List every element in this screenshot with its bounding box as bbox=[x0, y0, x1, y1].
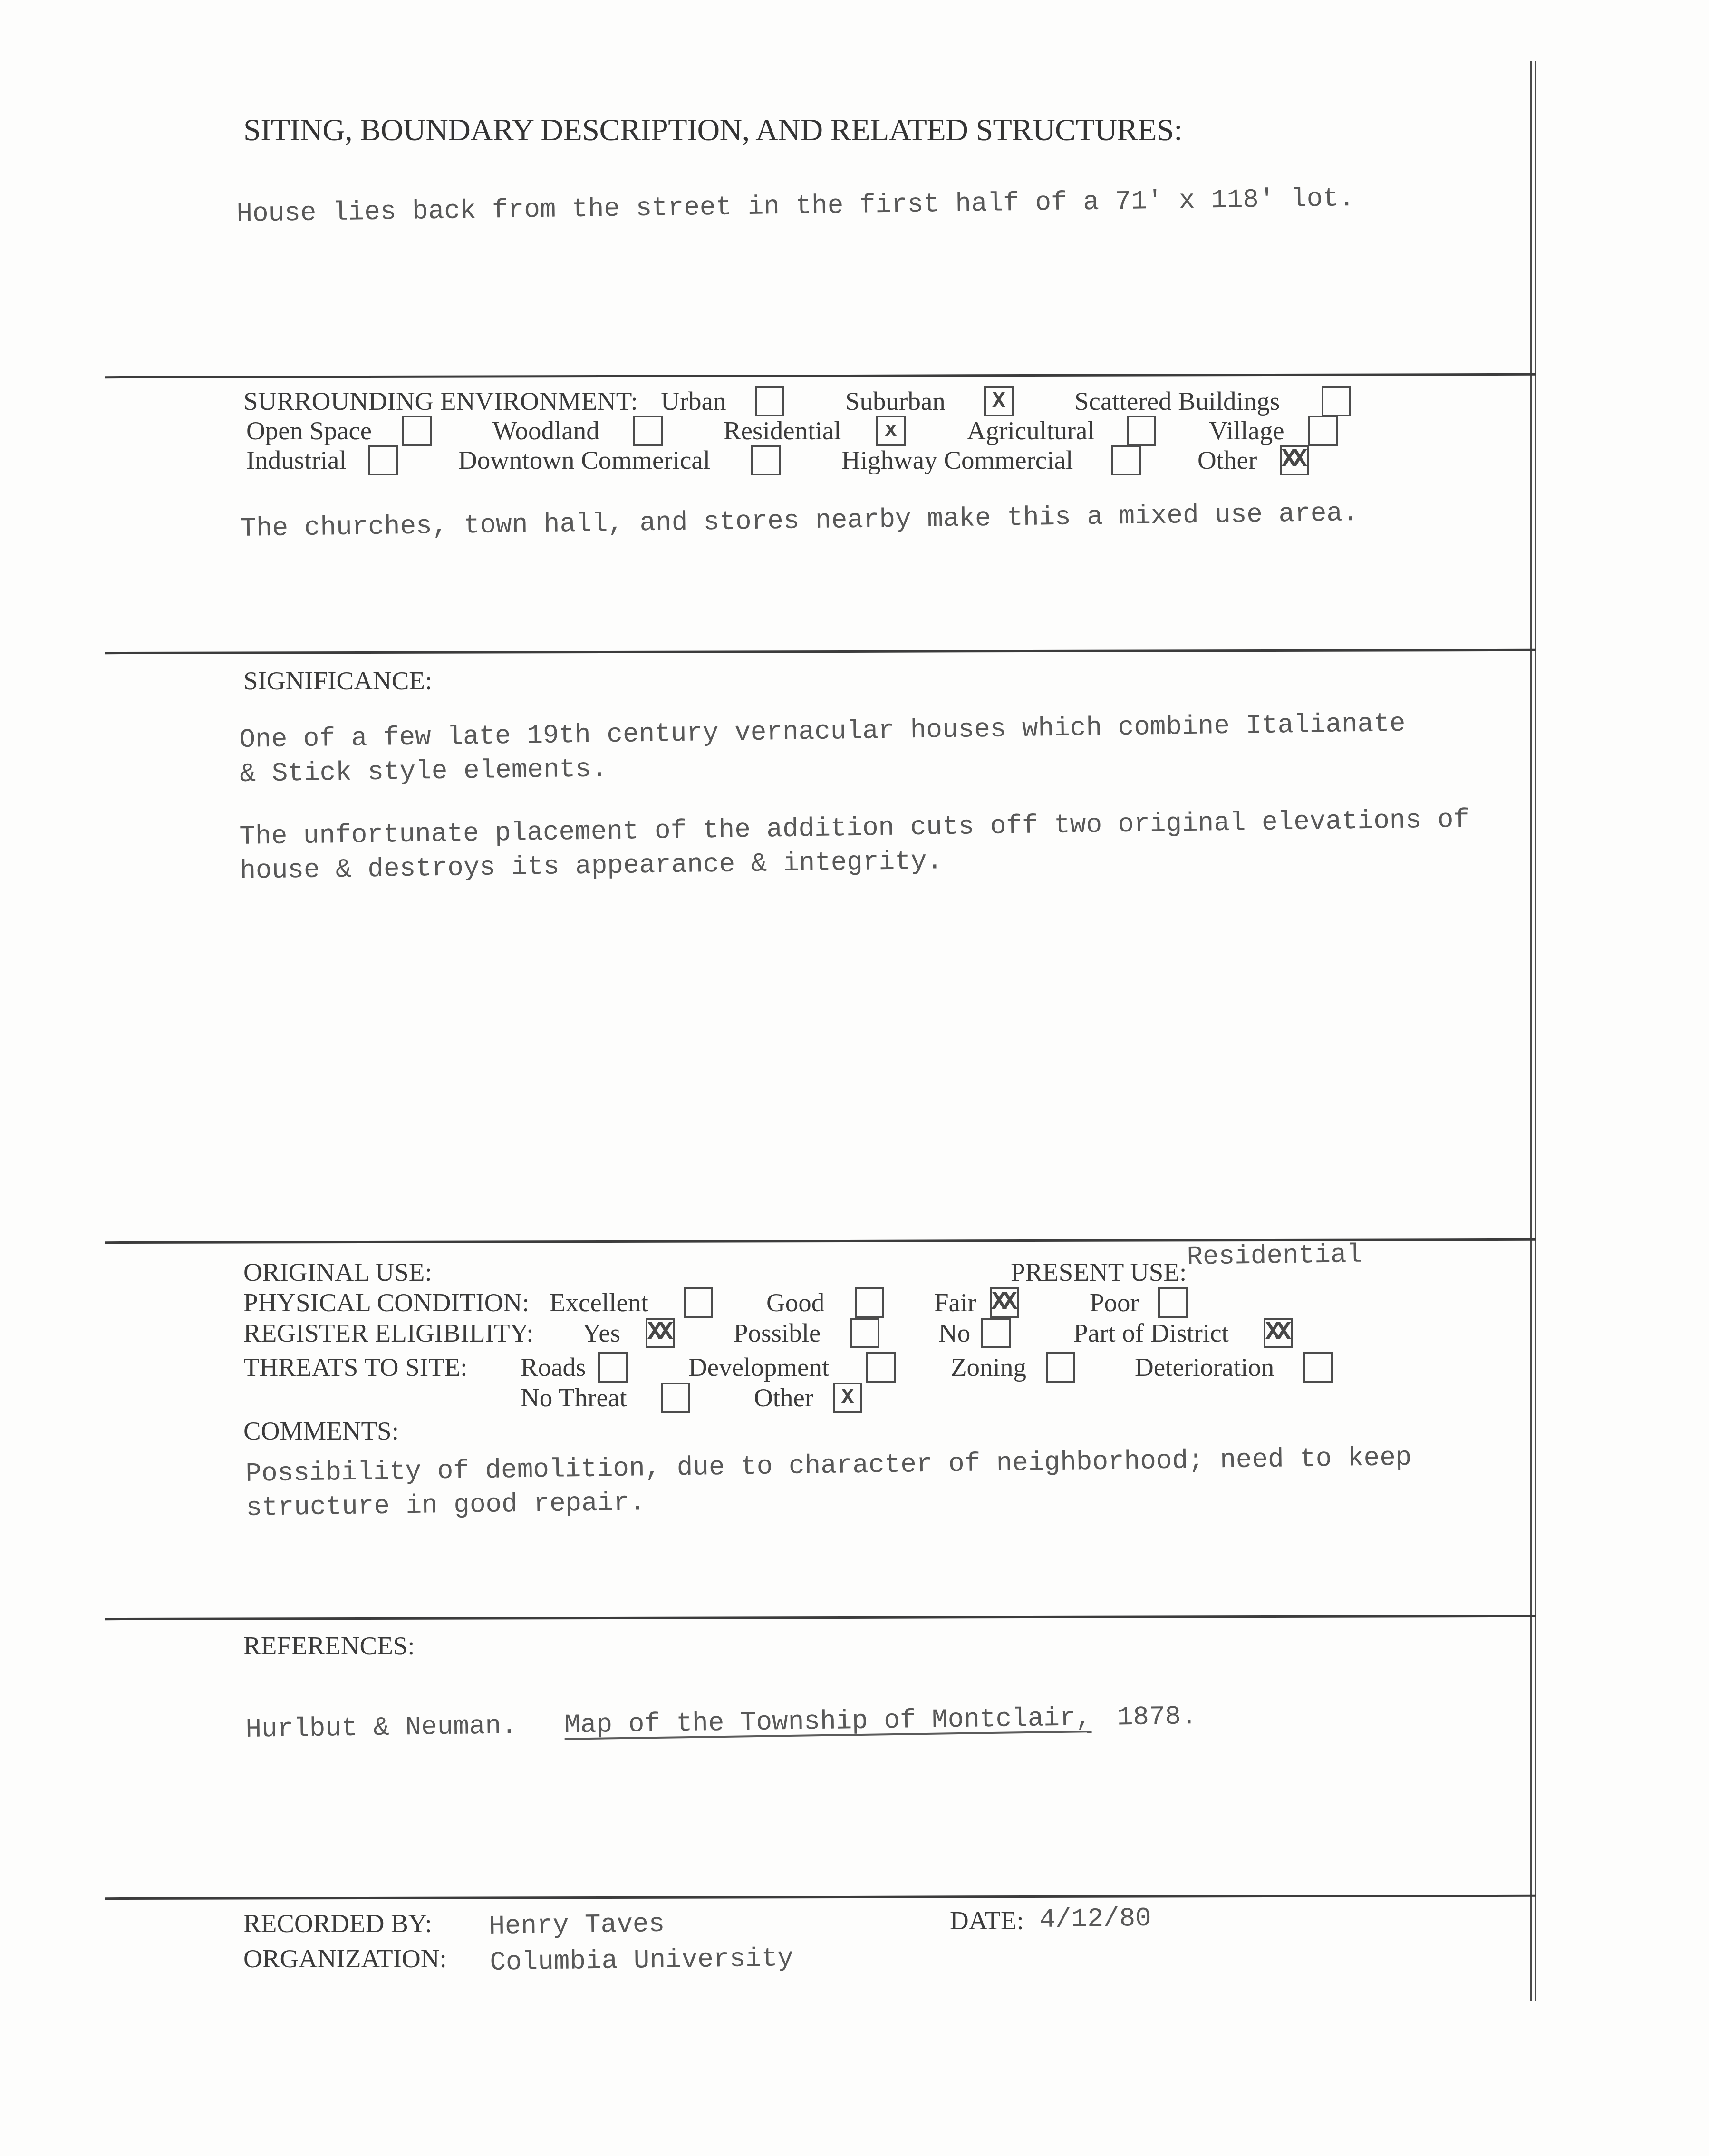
checkbox-label-deterioration: Deterioration bbox=[1135, 1352, 1274, 1382]
siting-section-heading: SITING, BOUNDARY DESCRIPTION, AND RELATE… bbox=[243, 112, 1182, 148]
checkbox-open-space bbox=[402, 416, 432, 446]
checkbox-label-residential: Residential bbox=[724, 416, 841, 445]
checkbox-label-industrial: Industrial bbox=[246, 445, 347, 475]
organization-value: Columbia University bbox=[490, 1943, 793, 1978]
checkbox-possible bbox=[850, 1318, 879, 1348]
checkbox-mark: XX bbox=[1265, 1320, 1287, 1346]
checkbox-industrial bbox=[368, 445, 398, 475]
physical-condition-label: PHYSICAL CONDITION: bbox=[243, 1287, 529, 1317]
section-divider bbox=[105, 373, 1536, 378]
checkbox-agricultural bbox=[1127, 416, 1156, 446]
checkbox-label-development: Development bbox=[688, 1352, 829, 1382]
checkbox-label-open-space: Open Space bbox=[246, 416, 372, 445]
checkbox-part-of-district: XX bbox=[1264, 1318, 1293, 1348]
checkbox-no-threat bbox=[661, 1383, 690, 1413]
recorded-by-value: Henry Taves bbox=[489, 1909, 665, 1942]
threats-label: THREATS TO SITE: bbox=[243, 1352, 468, 1382]
environment-row-3: Industrial Downtown Commerical Highway C… bbox=[0, 445, 1709, 476]
reference-title: Map of the Township of Montclair, bbox=[564, 1702, 1092, 1740]
checkbox-label-other-threat: Other bbox=[754, 1383, 813, 1412]
recorded-by-label: RECORDED BY: bbox=[243, 1908, 432, 1938]
checkbox-label-scattered-buildings: Scattered Buildings bbox=[1074, 386, 1280, 416]
checkbox-residential: x bbox=[876, 416, 906, 446]
checkbox-label-village: Village bbox=[1209, 416, 1284, 445]
environment-note: The churches, town hall, and stores near… bbox=[240, 498, 1359, 544]
page-edge-double-rule bbox=[1530, 61, 1536, 2001]
checkbox-other-environment: XX bbox=[1280, 445, 1309, 475]
checkbox-no bbox=[981, 1318, 1011, 1348]
environment-label: SURROUNDING ENVIRONMENT: bbox=[243, 386, 638, 416]
checkbox-mark: XX bbox=[992, 1290, 1013, 1315]
comments-label: COMMENTS: bbox=[243, 1416, 399, 1446]
checkbox-mark: x bbox=[885, 420, 897, 441]
significance-label: SIGNIFICANCE: bbox=[243, 666, 432, 696]
checkbox-mark: X bbox=[992, 390, 1005, 412]
checkbox-label-roads: Roads bbox=[521, 1352, 586, 1382]
checkbox-label-urban: Urban bbox=[661, 386, 726, 416]
checkbox-label-agricultural: Agricultural bbox=[967, 416, 1095, 445]
date-label: DATE: bbox=[950, 1905, 1024, 1935]
checkbox-label-fair: Fair bbox=[934, 1287, 976, 1317]
reference-entry: Hurlbut & Neuman. Map of the Township of… bbox=[245, 1701, 1197, 1745]
threats-row-1: THREATS TO SITE: Roads Development Zonin… bbox=[0, 1352, 1709, 1383]
checkbox-highway-commercial bbox=[1111, 445, 1141, 475]
checkbox-suburban: X bbox=[984, 386, 1014, 416]
environment-row-1: SURROUNDING ENVIRONMENT: Urban Suburban … bbox=[0, 386, 1709, 417]
use-row: ORIGINAL USE: PRESENT USE: bbox=[0, 1257, 1709, 1288]
significance-paragraph-2: The unfortunate placement of the additio… bbox=[239, 802, 1470, 888]
checkbox-label-highway-commercial: Highway Commercial bbox=[841, 445, 1073, 475]
present-use-label: PRESENT USE: bbox=[1011, 1257, 1187, 1287]
checkbox-other-threat: X bbox=[833, 1383, 862, 1413]
checkbox-mark: XX bbox=[1282, 447, 1303, 473]
checkbox-label-suburban: Suburban bbox=[845, 386, 946, 416]
siting-entry-text: House lies back from the street in the f… bbox=[236, 183, 1355, 229]
register-eligibility-label: REGISTER ELIGIBILITY: bbox=[243, 1318, 534, 1348]
checkbox-label-possible: Possible bbox=[734, 1318, 821, 1348]
checkbox-label-no: No bbox=[938, 1318, 970, 1348]
threats-row-2: No Threat Other X bbox=[0, 1383, 1709, 1414]
register-eligibility-row: REGISTER ELIGIBILITY: Yes XX Possible No… bbox=[0, 1318, 1709, 1349]
reference-author: Hurlbut & Neuman. bbox=[245, 1711, 517, 1745]
checkbox-yes: XX bbox=[646, 1318, 675, 1348]
original-use-label: ORIGINAL USE: bbox=[243, 1257, 432, 1287]
significance-paragraph-1: One of a few late 19th century vernacula… bbox=[239, 706, 1406, 791]
section-divider bbox=[105, 1615, 1536, 1620]
checkbox-deterioration bbox=[1303, 1352, 1333, 1383]
checkbox-urban bbox=[755, 386, 784, 416]
checkbox-mark: X bbox=[841, 1387, 854, 1409]
checkbox-mark: XX bbox=[647, 1320, 669, 1346]
checkbox-roads bbox=[598, 1352, 628, 1383]
checkbox-label-other-environment: Other bbox=[1197, 445, 1257, 475]
checkbox-label-good: Good bbox=[766, 1287, 824, 1317]
checkbox-scattered-buildings bbox=[1322, 386, 1351, 416]
checkbox-label-zoning: Zoning bbox=[951, 1352, 1026, 1382]
environment-row-2: Open Space Woodland Residential x Agricu… bbox=[0, 416, 1709, 447]
physical-condition-row: PHYSICAL CONDITION: Excellent Good Fair … bbox=[0, 1287, 1709, 1319]
checkbox-fair: XX bbox=[990, 1287, 1019, 1318]
checkbox-downtown-commerical bbox=[751, 445, 781, 475]
checkbox-excellent bbox=[684, 1287, 713, 1318]
checkbox-label-part-of-district: Part of District bbox=[1073, 1318, 1229, 1348]
reference-year: 1878. bbox=[1117, 1701, 1197, 1732]
checkbox-good bbox=[855, 1287, 884, 1318]
organization-label: ORGANIZATION: bbox=[243, 1943, 447, 1973]
checkbox-poor bbox=[1158, 1287, 1188, 1318]
checkbox-label-no-threat: No Threat bbox=[521, 1383, 627, 1412]
scanned-survey-form-page: SITING, BOUNDARY DESCRIPTION, AND RELATE… bbox=[0, 0, 1709, 2156]
checkbox-village bbox=[1308, 416, 1338, 446]
checkbox-label-excellent: Excellent bbox=[550, 1287, 648, 1317]
present-use-value: Residential bbox=[1187, 1239, 1363, 1272]
checkbox-label-woodland: Woodland bbox=[492, 416, 599, 445]
checkbox-zoning bbox=[1046, 1352, 1075, 1383]
checkbox-development bbox=[866, 1352, 896, 1383]
references-label: REFERENCES: bbox=[243, 1631, 415, 1661]
checkbox-label-poor: Poor bbox=[1090, 1287, 1139, 1317]
date-value: 4/12/80 bbox=[1039, 1903, 1151, 1935]
checkbox-label-downtown-commerical: Downtown Commerical bbox=[458, 445, 710, 475]
checkbox-woodland bbox=[633, 416, 663, 446]
checkbox-label-yes: Yes bbox=[582, 1318, 620, 1348]
section-divider bbox=[105, 649, 1536, 654]
comments-text: Possibility of demolition, due to charac… bbox=[245, 1441, 1412, 1525]
section-divider bbox=[105, 1895, 1536, 1900]
